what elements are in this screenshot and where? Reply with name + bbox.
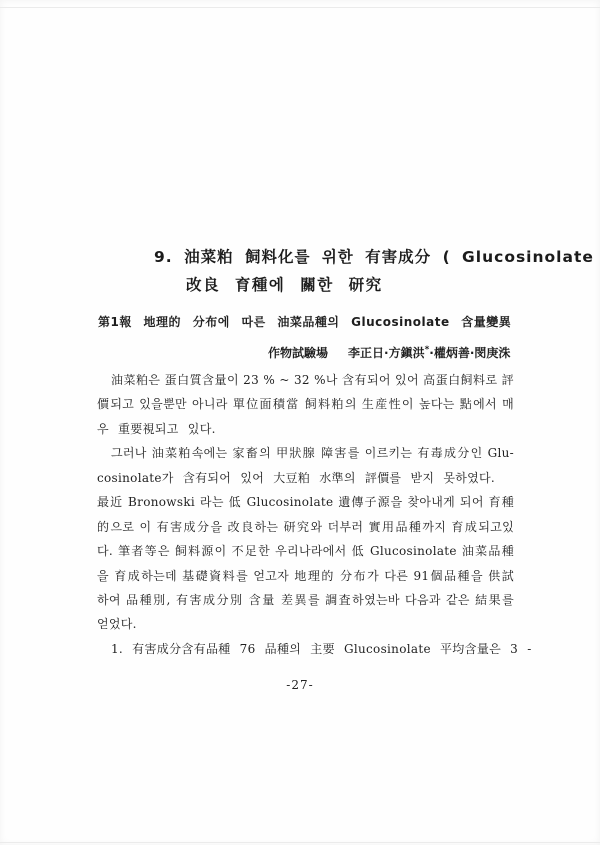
scan-edge-top [0,7,600,8]
body-line: 油菜粕은 蛋白質含量이 23 % ~ 32 %나 含有되어 있어 高蛋白飼料로 … [97,368,514,392]
authors: 李正日·方鎭洪*·權炳善·閔庚洙 [348,344,510,361]
authors-before-mark: 李正日·方鎭洪 [348,346,425,360]
body-line: cosinolate가 含有되어 있어 大豆粕 水準의 評價를 받지 못하였다. [97,466,514,490]
byline: 作物試驗場 李正日·方鎭洪*·權炳善·閔庚洙 [268,344,510,361]
body-line: 價되고 있을뿐만 아니라 單位面積當 飼料粕의 生産性이 높다는 點에서 매 [97,392,514,416]
body-line: 을 育成하는데 基礎資料를 얻고자 地理的 分布가 다른 91個品種을 供試 [97,564,514,588]
paper-title-line-2: 改良 育種에 關한 研究 [186,273,383,295]
body-line: 하여 品種別, 有害成分別 含量 差異를 調査하였는바 다음과 같은 結果를 [97,588,514,612]
scanned-paper-page: 9. 油菜粕 飼料化를 위한 有害成分 ( Glucosinolate ) 改良… [0,0,600,845]
body-text: 油菜粕은 蛋白質含量이 23 % ~ 32 %나 含有되어 있어 高蛋白飼料로 … [97,368,514,661]
authors-after-mark: ·權炳善·閔庚洙 [429,346,510,360]
body-line: 그러나 油菜粕속에는 家畜의 甲狀腺 障害를 이르키는 有毒成分인 Glu- [97,441,514,465]
body-line: 다. 筆者等은 飼料源이 不足한 우리나라에서 低 Glucosinolate … [97,539,514,563]
body-line: 우 重要視되고 있다. [97,417,514,441]
report-heading: 第1報 地理的 分布에 따른 油菜品種의 Glucosinolate 含量變異 [98,313,511,330]
body-line: 얻었다. [97,612,514,636]
body-line: 的으로 이 有害成分을 改良하는 研究와 더부러 實用品種까지 育成되고있 [97,515,514,539]
body-line: 最近 Bronowski 라는 低 Glucosinolate 遺傳子源을 찾아… [97,490,514,514]
affiliation: 作物試驗場 [268,344,328,361]
scan-edge-bottom [0,842,600,843]
body-line: 1. 有害成分含有品種 76 品種의 主要 Glucosinolate 平均含量… [97,637,514,661]
paper-title-line-1: 9. 油菜粕 飼料化를 위한 有害成分 ( Glucosinolate ) [154,245,600,267]
page-number: -27- [0,678,600,692]
